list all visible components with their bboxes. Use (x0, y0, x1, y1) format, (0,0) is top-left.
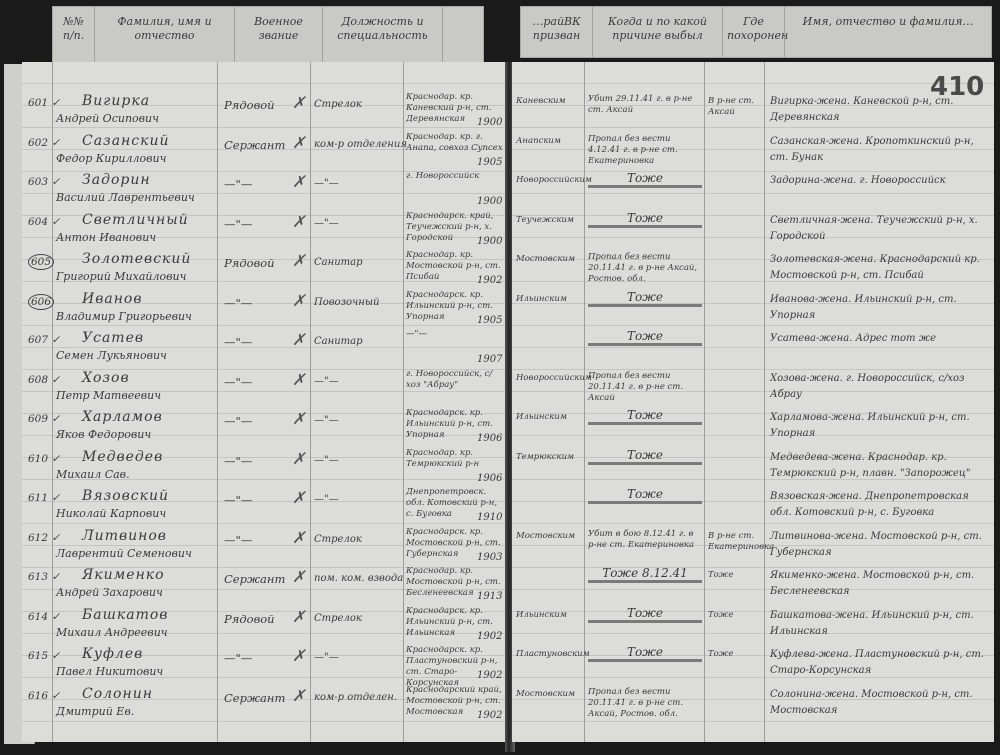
position: Повозочный (314, 296, 379, 310)
surname: Вигирка (82, 94, 150, 108)
next-of-kin: Куфлева-жена. Пластуновский р-н, ст. Ста… (770, 647, 988, 679)
given-names: Владимир Григорьевич (56, 310, 192, 324)
entry-number: 608 ✓ (28, 373, 60, 387)
register-row: ИльинскимТожеХарламова-жена. Ильинский р… (512, 408, 994, 448)
entry-number: 612 ✓ (28, 531, 60, 545)
burial-place: В р-не ст. Аксай (708, 96, 762, 118)
burial-place: Тоже (708, 570, 762, 581)
check-mark: ✗ (292, 294, 305, 308)
given-names: Николай Карпович (56, 507, 166, 521)
position: ком-р отделен. (314, 691, 397, 705)
register-row: 610 ✓МедведевМихаил Сав.—"—✗—"—Краснодар… (22, 448, 510, 488)
check-mark: ✗ (292, 452, 305, 466)
position: ком-р отделения (314, 138, 407, 152)
given-names: Михаил Андреевич (56, 626, 168, 640)
register-row: ТожеВязовская-жена. Днепропетровская обл… (512, 487, 994, 527)
register-row: МостовскимПропал без вести 20.11.41 г. в… (512, 250, 994, 290)
burial-place: Тоже (708, 610, 762, 621)
surname: Хозов (82, 371, 130, 385)
position: Стрелок (314, 612, 362, 626)
birth-year: 1900 (477, 195, 502, 209)
register-row: ТожеУсатева-жена. Адрес тот же (512, 329, 994, 369)
fate: Тоже 8.12.41 (588, 568, 702, 583)
surname: Светличный (82, 213, 189, 227)
position: —"— (314, 414, 339, 428)
fate: Убит в бою 8.12.41 г. в р-не ст. Екатери… (588, 529, 702, 551)
position: —"— (314, 454, 339, 468)
fate: Тоже (588, 213, 702, 228)
birth-year: 1905 (477, 314, 502, 328)
birthplace: г. Новороссийск, с/хоз "Абрау" (406, 369, 506, 391)
entry-number: 609 ✓ (28, 412, 60, 426)
burial-place: Тоже (708, 649, 762, 660)
position: —"— (314, 177, 339, 191)
fate: Тоже (588, 173, 702, 188)
header-name: Фамилия, имя и отчество (95, 7, 235, 63)
birth-year: 1907 (477, 353, 502, 367)
given-names: Федор Кириллович (56, 152, 166, 166)
check-mark: ✗ (292, 215, 305, 229)
military-rank: —"— (224, 414, 252, 428)
register-row: 611 ✓ВязовскийНиколай Карпович—"—✗—"—Дне… (22, 487, 510, 527)
surname: Куфлев (82, 647, 143, 661)
fate: Тоже (588, 450, 702, 465)
draft-office: Мостовским (516, 531, 582, 542)
draft-office: Ильинским (516, 294, 582, 305)
check-mark: ✗ (292, 570, 305, 584)
entry-number: 610 ✓ (28, 452, 60, 466)
entry-number: 607 ✓ (28, 333, 60, 347)
register-row: 613 ✓ЯкименкоАндрей ЗахаровичСержант✗пом… (22, 566, 510, 606)
fate: Тоже (588, 489, 702, 504)
surname: Вязовский (82, 489, 169, 503)
draft-office: Ильинским (516, 610, 582, 621)
given-names: Петр Матвеевич (56, 389, 161, 403)
header-strip-right: …райВК призван Когда и по какой причине … (520, 6, 992, 58)
position: Санитар (314, 335, 363, 349)
register-row: НовороссийскимТожеЗадорина-жена. г. Ново… (512, 171, 994, 211)
entry-number: 613 ✓ (28, 570, 60, 584)
military-rank: Сержант (224, 572, 285, 586)
surname: Задорин (82, 173, 151, 187)
draft-office: Мостовским (516, 689, 582, 700)
fate: Тоже (588, 608, 702, 623)
entry-number: 615 ✓ (28, 649, 60, 663)
draft-office: Новороссийским (516, 175, 582, 186)
check-mark: ✗ (292, 333, 305, 347)
check-mark: ✗ (292, 491, 305, 505)
header-fate: Когда и по какой причине выбыл (593, 7, 723, 57)
birth-year: 1902 (477, 669, 502, 683)
register-row: 614 ✓БашкатовМихаил АндреевичРядовой✗Стр… (22, 606, 510, 646)
surname: Усатев (82, 331, 144, 345)
next-of-kin: Литвинова-жена. Мостовской р-н, ст. Губе… (770, 529, 988, 561)
birth-year: 1913 (477, 590, 502, 604)
burial-place: В р-не ст. Екатериновка (708, 531, 762, 553)
surname: Харламов (82, 410, 163, 424)
next-of-kin: Иванова-жена. Ильинский р-н, ст. Упорная (770, 292, 988, 324)
register-row: 616 ✓СолонинДмитрий Ев.Сержант✗ком-р отд… (22, 685, 510, 725)
military-rank: Сержант (224, 691, 285, 705)
register-row: КаневскимУбит 29.11.41 г. в р-не ст. Акс… (512, 92, 994, 132)
position: —"— (314, 651, 339, 665)
entry-number: 605 (28, 254, 54, 270)
birth-year: 1903 (477, 551, 502, 565)
next-of-kin: Сазанская-жена. Кропоткинский р-н, ст. Б… (770, 134, 988, 166)
birth-year: 1906 (477, 472, 502, 486)
fate: Пропал без вести 4.12.41 г. в р-не ст. Е… (588, 134, 702, 167)
military-rank: —"— (224, 493, 252, 507)
header-strip-left: №№ п/п. Фамилия, имя и отчество Военное … (52, 6, 484, 64)
fate: Тоже (588, 331, 702, 346)
register-row: 605ЗолотевскийГригорий МихайловичРядовой… (22, 250, 510, 290)
birthplace: г. Новороссийск (406, 171, 506, 182)
register-row: 607 ✓УсатевСемен Лукьянович—"—✗Санитар—"… (22, 329, 510, 369)
given-names: Андрей Осипович (56, 112, 159, 126)
birth-year: 1910 (477, 511, 502, 525)
fate: Пропал без вести 20.11.41 г. в р-не ст. … (588, 371, 702, 404)
register-row: НовороссийскимПропал без вести 20.11.41 … (512, 369, 994, 409)
birthplace: Краснодар. кр. г. Анапа, совхоз Супсех (406, 132, 506, 154)
right-page: КаневскимУбит 29.11.41 г. в р-не ст. Акс… (512, 62, 994, 742)
register-row: Тоже 8.12.41ТожеЯкименко-жена. Мостовско… (512, 566, 994, 606)
birth-year: 1902 (477, 709, 502, 723)
entry-number: 616 ✓ (28, 689, 60, 703)
entry-number: 614 ✓ (28, 610, 60, 624)
register-row: ПластуновскимТожеТожеКуфлева-жена. Пласт… (512, 645, 994, 685)
military-rank: Сержант (224, 138, 285, 152)
check-mark: ✗ (292, 254, 305, 268)
register-row: 604 ✓СветличныйАнтон Иванович—"—✗—"—Крас… (22, 211, 510, 251)
entry-number: 602 ✓ (28, 136, 60, 150)
military-rank: —"— (224, 335, 252, 349)
check-mark: ✗ (292, 610, 305, 624)
register-row: 601 ✓ВигиркаАндрей ОсиповичРядовой✗Стрел… (22, 92, 510, 132)
position: —"— (314, 375, 339, 389)
header-relatives: Имя, отчество и фамилия… (785, 7, 991, 57)
register-row: МостовскимУбит в бою 8.12.41 г. в р-не с… (512, 527, 994, 567)
given-names: Михаил Сав. (56, 468, 130, 482)
entry-number: 601 ✓ (28, 96, 60, 110)
register-row: 602 ✓СазанскийФедор КирилловичСержант✗ко… (22, 132, 510, 172)
position: Стрелок (314, 533, 362, 547)
register-row: ИльинскимТожеТожеБашкатова-жена. Ильинск… (512, 606, 994, 646)
birthplace: Краснодар. кр. Темрюкский р-н (406, 448, 506, 470)
check-mark: ✗ (292, 649, 305, 663)
military-rank: Рядовой (224, 612, 275, 626)
header-rvk: …райВК призван (521, 7, 593, 57)
surname: Солонин (82, 687, 153, 701)
position: Санитар (314, 256, 363, 270)
military-rank: —"— (224, 375, 252, 389)
fate: Пропал без вести 20.11.41 г. в р-не ст. … (588, 687, 702, 720)
fate: Тоже (588, 647, 702, 662)
register-row: 606ИвановВладимир Григорьевич—"—✗Повозоч… (22, 290, 510, 330)
next-of-kin: Усатева-жена. Адрес тот же (770, 331, 988, 347)
next-of-kin: Солонина-жена. Мостовской р-н, ст. Мосто… (770, 687, 988, 719)
position: Стрелок (314, 98, 362, 112)
surname: Медведев (82, 450, 163, 464)
military-rank: —"— (224, 217, 252, 231)
header-num: №№ п/п. (53, 7, 95, 63)
draft-office: Каневским (516, 96, 582, 107)
next-of-kin: Хозова-жена. г. Новороссийск, с/хоз Абра… (770, 371, 988, 403)
birth-year: 1906 (477, 432, 502, 446)
surname: Сазанский (82, 134, 170, 148)
register-row: АнапскимПропал без вести 4.12.41 г. в р-… (512, 132, 994, 172)
surname: Иванов (82, 292, 143, 306)
register-row: 609 ✓ХарламовЯков Федорович—"—✗—"—Красно… (22, 408, 510, 448)
fate: Пропал без вести 20.11.41 г. в р-не Акса… (588, 252, 702, 285)
military-rank: —"— (224, 533, 252, 547)
military-rank: —"— (224, 651, 252, 665)
surname: Литвинов (82, 529, 167, 543)
entry-number: 606 (28, 294, 54, 310)
entry-number: 603 ✓ (28, 175, 60, 189)
register-row: МостовскимПропал без вести 20.11.41 г. в… (512, 685, 994, 725)
check-mark: ✗ (292, 689, 305, 703)
birth-year: 1902 (477, 274, 502, 288)
draft-office: Ильинским (516, 412, 582, 423)
register-row: ИльинскимТожеИванова-жена. Ильинский р-н… (512, 290, 994, 330)
given-names: Лаврентий Семенович (56, 547, 192, 561)
given-names: Дмитрий Ев. (56, 705, 134, 719)
given-names: Григорий Михайлович (56, 270, 186, 284)
draft-office: Новороссийским (516, 373, 582, 384)
next-of-kin: Харламова-жена. Ильинский р-н, ст. Упорн… (770, 410, 988, 442)
given-names: Антон Иванович (56, 231, 156, 245)
draft-office: Теучежским (516, 215, 582, 226)
fate: Тоже (588, 292, 702, 307)
draft-office: Мостовским (516, 254, 582, 265)
left-page: 601 ✓ВигиркаАндрей ОсиповичРядовой✗Стрел… (22, 62, 510, 742)
register-row: 608 ✓ХозовПетр Матвеевич—"—✗—"—г. Новоро… (22, 369, 510, 409)
surname: Золотевский (82, 252, 191, 266)
birth-year: 1900 (477, 116, 502, 130)
birth-year: 1905 (477, 156, 502, 170)
check-mark: ✗ (292, 175, 305, 189)
given-names: Василий Лаврентьевич (56, 191, 195, 205)
entry-number: 611 ✓ (28, 491, 60, 505)
draft-office: Пластуновским (516, 649, 582, 660)
military-rank: Рядовой (224, 98, 275, 112)
check-mark: ✗ (292, 136, 305, 150)
next-of-kin: Якименко-жена. Мостовской р-н, ст. Бесле… (770, 568, 988, 600)
check-mark: ✗ (292, 531, 305, 545)
surname: Башкатов (82, 608, 168, 622)
page-number-stamp: 410 (930, 72, 984, 102)
fate: Убит 29.11.41 г. в р-не ст. Аксай (588, 94, 702, 116)
position: —"— (314, 217, 339, 231)
register-row: 603 ✓ЗадоринВасилий Лаврентьевич—"—✗—"—г… (22, 171, 510, 211)
header-buried: Где похоронен (723, 7, 785, 57)
military-rank: Рядовой (224, 256, 275, 270)
check-mark: ✗ (292, 412, 305, 426)
next-of-kin: Медведева-жена. Краснодар. кр. Темрюкски… (770, 450, 988, 482)
register-row: ТемрюкскимТожеМедведева-жена. Краснодар.… (512, 448, 994, 488)
fate: Тоже (588, 410, 702, 425)
birth-year: 1900 (477, 235, 502, 249)
position: —"— (314, 493, 339, 507)
birth-year: 1902 (477, 630, 502, 644)
next-of-kin: Золотевская-жена. Краснодарский кр. Мост… (770, 252, 988, 284)
next-of-kin: Задорина-жена. г. Новороссийск (770, 173, 988, 189)
given-names: Семен Лукьянович (56, 349, 167, 363)
military-rank: —"— (224, 296, 252, 310)
entry-number: 604 ✓ (28, 215, 60, 229)
next-of-kin: Светличная-жена. Теучежский р-н, х. Горо… (770, 213, 988, 245)
given-names: Павел Никитович (56, 665, 163, 679)
position: пом. ком. взвода (314, 572, 403, 586)
military-rank: —"— (224, 177, 252, 191)
draft-office: Темрюкским (516, 452, 582, 463)
register-row: 612 ✓ЛитвиновЛаврентий Семенович—"—✗Стре… (22, 527, 510, 567)
next-of-kin: Башкатова-жена. Ильинский р-н, ст. Ильин… (770, 608, 988, 640)
check-mark: ✗ (292, 373, 305, 387)
register-row: ТеучежскимТожеСветличная-жена. Теучежски… (512, 211, 994, 251)
given-names: Андрей Захарович (56, 586, 163, 600)
check-mark: ✗ (292, 96, 305, 110)
birthplace: —"— (406, 329, 506, 340)
header-position: Должность и специальность (323, 7, 443, 63)
surname: Якименко (82, 568, 165, 582)
register-row: 615 ✓КуфлевПавел Никитович—"—✗—"—Краснод… (22, 645, 510, 685)
header-rank: Военное звание (235, 7, 323, 63)
military-rank: —"— (224, 454, 252, 468)
next-of-kin: Вязовская-жена. Днепропетровская обл. Ко… (770, 489, 988, 521)
draft-office: Анапским (516, 136, 582, 147)
given-names: Яков Федорович (56, 428, 151, 442)
